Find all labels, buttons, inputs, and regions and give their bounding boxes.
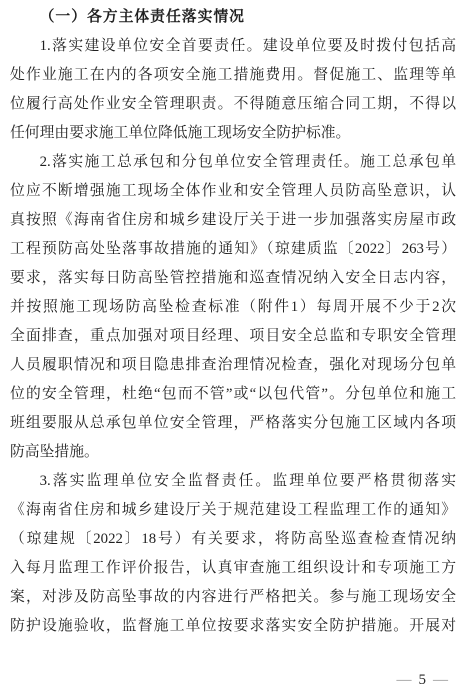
text-line: 班组要服从总承包单位安全管理，严格落实分包施工区域内各项 [10, 409, 456, 438]
section-heading: （一）各方主体责任落实情况 [10, 3, 456, 32]
text-line: 3.落实监理单位安全监督责任。监理单位要严格贯彻落实 [10, 467, 456, 496]
text-line: 处作业施工在内的各项安全施工措施费用。督促施工、监理等单 [10, 61, 456, 90]
text-line: 位履行高处作业安全管理职责。不得随意压缩合同工期，不得以 [10, 90, 456, 119]
text-line: 防护设施验收，监督施工单位按要求落实安全防护措施。开展对 [10, 612, 456, 641]
text-line: 1.落实建设单位安全首要责任。建设单位要及时拨付包括高 [10, 32, 456, 61]
text-line: 任何理由要求施工单位降低施工现场安全防护标准。 [10, 119, 456, 148]
text-line: （琼建规〔2022〕18号）有关要求，将防高坠巡查检查情况纳 [10, 525, 456, 554]
text-line: 案，对涉及防高坠事故的内容进行严格把关。参与施工现场安全 [10, 583, 456, 612]
text-line: 防高坠措施。 [10, 438, 456, 467]
text-line: 《海南省住房和城乡建设厅关于规范建设工程监理工作的通知》 [10, 496, 456, 525]
text-line: 位的安全管理，杜绝“包而不管”或“以包代管”。分包单位和施工 [10, 380, 456, 409]
text-line: 2.落实施工总承包和分包单位安全管理责任。施工总承包单 [10, 148, 456, 177]
text-line: 并按照施工现场防高坠检查标准（附件1）每周开展不少于2次 [10, 293, 456, 322]
page-number-value: 5 [419, 672, 427, 688]
page-number-dash-right: — [433, 672, 448, 688]
document-page: （一）各方主体责任落实情况 1.落实建设单位安全首要责任。建设单位要及时拨付包括… [0, 0, 467, 695]
text-line: 人员履职情况和项目隐患排查治理情况检查，强化对现场分包单 [10, 351, 456, 380]
page-number: —5— [397, 672, 449, 689]
text-line: 要求，落实每日防高坠管控措施和巡查情况纳入安全日志内容， [10, 264, 456, 293]
text-line: 位应不断增强施工现场全体作业和安全管理人员防高坠意识，认 [10, 177, 456, 206]
text-line: 工程预防高处坠落事故措施的通知》（琼建质监〔2022〕263号） [10, 235, 456, 264]
document-body: （一）各方主体责任落实情况 1.落实建设单位安全首要责任。建设单位要及时拨付包括… [10, 3, 456, 641]
text-line: 真按照《海南省住房和城乡建设厅关于进一步加强落实房屋市政 [10, 206, 456, 235]
text-line: 入每月监理工作评价报告，认真审查施工组织设计和专项施工方 [10, 554, 456, 583]
page-number-dash-left: — [397, 672, 412, 688]
text-line: 全面排查，重点加强对项目经理、项目安全总监和专职安全管理 [10, 322, 456, 351]
